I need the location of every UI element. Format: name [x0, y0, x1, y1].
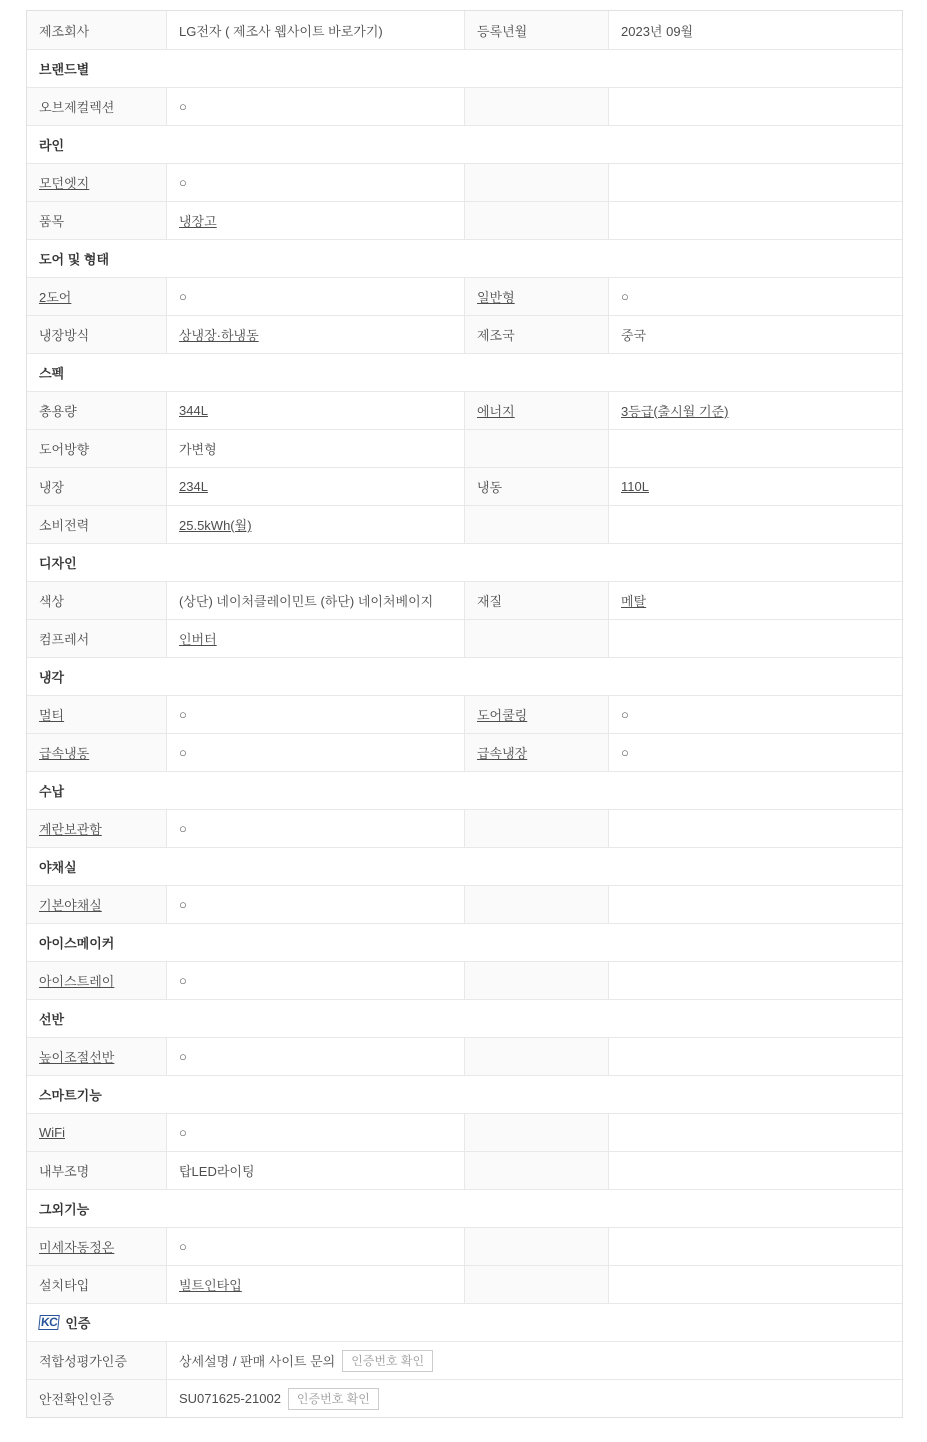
- spec-label: 총용량: [39, 401, 77, 420]
- table-row: 적합성평가인증상세설명 / 판매 사이트 문의인증번호 확인: [27, 1341, 902, 1379]
- spec-label: 컴프레서: [39, 629, 89, 648]
- spec-label-cell: 적합성평가인증: [27, 1342, 166, 1379]
- section-header-row: 라인: [27, 125, 902, 163]
- section-header-row: 그외기능: [27, 1189, 902, 1227]
- table-row: 도어방향가변형: [27, 429, 902, 467]
- table-row: 소비전력25.5kWh(월): [27, 505, 902, 543]
- empty-value-cell: [608, 202, 902, 239]
- spec-value: SU071625-21002: [179, 1391, 281, 1406]
- spec-value-cell: ○: [608, 696, 902, 733]
- empty-label-cell: [464, 1266, 608, 1303]
- spec-label: 도어방향: [39, 439, 89, 458]
- spec-label-link[interactable]: 에너지: [477, 401, 515, 420]
- table-row: WiFi○: [27, 1113, 902, 1151]
- spec-label-cell: 설치타입: [27, 1266, 166, 1303]
- spec-value-cell: 234L: [166, 468, 464, 505]
- empty-value-cell: [608, 962, 902, 999]
- empty-label-cell: [464, 886, 608, 923]
- spec-value-cell: 상냉장·하냉동: [166, 316, 464, 353]
- table-row: 멀티○도어쿨링○: [27, 695, 902, 733]
- section-title: 디자인: [39, 553, 77, 572]
- spec-value-cell: ○: [166, 88, 464, 125]
- empty-value-cell: [608, 1152, 902, 1189]
- empty-label-cell: [464, 430, 608, 467]
- spec-label: 오브제컬렉션: [39, 97, 114, 116]
- spec-label-link[interactable]: 계란보관함: [39, 819, 102, 838]
- spec-label-cell: 소비전력: [27, 506, 166, 543]
- spec-label-link[interactable]: 도어쿨링: [477, 705, 527, 724]
- check-circle: ○: [179, 1239, 187, 1254]
- spec-value-link[interactable]: 110L: [621, 479, 649, 494]
- spec-label-cell: 냉동: [464, 468, 608, 505]
- spec-value-link[interactable]: 메탈: [621, 591, 646, 610]
- check-circle: ○: [179, 175, 187, 190]
- empty-value-cell: [608, 1038, 902, 1075]
- spec-value-cell: 냉장고: [166, 202, 464, 239]
- table-row: 컴프레서인버터: [27, 619, 902, 657]
- section-title: 그외기능: [39, 1199, 89, 1218]
- cert-number-check-button[interactable]: 인증번호 확인: [342, 1350, 433, 1372]
- section-title: 브랜드별: [39, 59, 89, 78]
- spec-value-cell: (상단) 네이처클레이민트 (하단) 네이처베이지: [166, 582, 464, 619]
- spec-label: 내부조명: [39, 1161, 89, 1180]
- spec-label-cell: 품목: [27, 202, 166, 239]
- spec-label-cell: 도어방향: [27, 430, 166, 467]
- spec-value-cell: 25.5kWh(월): [166, 506, 464, 543]
- empty-label-cell: [464, 506, 608, 543]
- table-row: 냉장234L냉동110L: [27, 467, 902, 505]
- section-header-row: KC인증: [27, 1303, 902, 1341]
- table-row: 아이스트레이○: [27, 961, 902, 999]
- table-row: 모던엣지○: [27, 163, 902, 201]
- spec-value-link[interactable]: 25.5kWh(월): [179, 515, 252, 534]
- check-circle: ○: [179, 821, 187, 836]
- spec-label-cell: 재질: [464, 582, 608, 619]
- empty-label-cell: [464, 1114, 608, 1151]
- empty-value-cell: [608, 88, 902, 125]
- spec-label-link[interactable]: 급속냉동: [39, 743, 89, 762]
- spec-label-cell: 계란보관함: [27, 810, 166, 847]
- empty-value-cell: [608, 506, 902, 543]
- spec-label-link[interactable]: 멀티: [39, 705, 64, 724]
- spec-label-link[interactable]: 모던엣지: [39, 173, 89, 192]
- spec-label-cell: 오브제컬렉션: [27, 88, 166, 125]
- empty-label-cell: [464, 88, 608, 125]
- spec-label-link[interactable]: WiFi: [39, 1125, 65, 1140]
- spec-value-cell: SU071625-21002인증번호 확인: [166, 1380, 902, 1417]
- spec-label-cell: 도어쿨링: [464, 696, 608, 733]
- spec-value-cell: 가변형: [166, 430, 464, 467]
- empty-label-cell: [464, 1038, 608, 1075]
- spec-label-cell: 내부조명: [27, 1152, 166, 1189]
- spec-label-cell: 멀티: [27, 696, 166, 733]
- check-circle: ○: [621, 707, 629, 722]
- empty-label-cell: [464, 620, 608, 657]
- spec-value: 상세설명 / 판매 사이트 문의: [179, 1351, 335, 1370]
- table-row: 오브제컬렉션○: [27, 87, 902, 125]
- empty-label-cell: [464, 1228, 608, 1265]
- spec-label-cell: 일반형: [464, 278, 608, 315]
- spec-value: LG전자 ( 제조사 웹사이트 바로가기): [179, 21, 383, 40]
- section-header-row: 브랜드별: [27, 49, 902, 87]
- spec-label: 냉동: [477, 477, 502, 496]
- spec-label: 색상: [39, 591, 64, 610]
- spec-label-link[interactable]: 2도어: [39, 287, 71, 306]
- empty-value-cell: [608, 810, 902, 847]
- spec-label-cell: 높이조절선반: [27, 1038, 166, 1075]
- section-title: 인증: [65, 1313, 90, 1332]
- check-circle: ○: [179, 289, 187, 304]
- spec-label-cell: 제조국: [464, 316, 608, 353]
- empty-value-cell: [608, 886, 902, 923]
- empty-label-cell: [464, 202, 608, 239]
- section-header-row: 야채실: [27, 847, 902, 885]
- section-header-row: 스펙: [27, 353, 902, 391]
- section-header-row: 아이스메이커: [27, 923, 902, 961]
- spec-value-cell: ○: [166, 1228, 464, 1265]
- empty-value-cell: [608, 620, 902, 657]
- kc-mark-icon: KC: [38, 1315, 60, 1330]
- spec-value-link[interactable]: 344L: [179, 403, 208, 418]
- spec-label-cell: 색상: [27, 582, 166, 619]
- check-circle: ○: [621, 745, 629, 760]
- spec-label: 적합성평가인증: [39, 1351, 127, 1370]
- spec-label-link[interactable]: 급속냉장: [477, 743, 527, 762]
- spec-label-link[interactable]: 높이조절선반: [39, 1047, 114, 1066]
- spec-label-cell: 에너지: [464, 392, 608, 429]
- empty-value-cell: [608, 164, 902, 201]
- table-row: 제조회사LG전자 ( 제조사 웹사이트 바로가기)등록년월2023년 09월: [27, 11, 902, 49]
- check-circle: ○: [179, 99, 187, 114]
- spec-label: 품목: [39, 211, 64, 230]
- spec-label-cell: WiFi: [27, 1114, 166, 1151]
- spec-value-cell: ○: [166, 164, 464, 201]
- empty-value-cell: [608, 1114, 902, 1151]
- spec-label-cell: 컴프레서: [27, 620, 166, 657]
- spec-label-cell: 모던엣지: [27, 164, 166, 201]
- spec-value-cell: ○: [166, 810, 464, 847]
- empty-label-cell: [464, 164, 608, 201]
- spec-label-cell: 급속냉장: [464, 734, 608, 771]
- spec-label: 제조국: [477, 325, 515, 344]
- section-title: 도어 및 형태: [39, 249, 109, 268]
- product-spec-table: 제조회사LG전자 ( 제조사 웹사이트 바로가기)등록년월2023년 09월브랜…: [26, 10, 903, 1418]
- empty-value-cell: [608, 1228, 902, 1265]
- spec-label: 냉장: [39, 477, 64, 496]
- table-row: 내부조명탑LED라이팅: [27, 1151, 902, 1189]
- section-header-row: 스마트기능: [27, 1075, 902, 1113]
- spec-value: 2023년 09월: [621, 21, 693, 40]
- spec-value: 가변형: [179, 439, 217, 458]
- spec-value-cell: 빌트인타입: [166, 1266, 464, 1303]
- table-row: 높이조절선반○: [27, 1037, 902, 1075]
- spec-value-link[interactable]: 3등급(출시월 기준): [621, 401, 728, 420]
- table-row: 냉장방식상냉장·하냉동제조국중국: [27, 315, 902, 353]
- spec-value-cell: 110L: [608, 468, 902, 505]
- table-row: 계란보관함○: [27, 809, 902, 847]
- spec-label-cell: 2도어: [27, 278, 166, 315]
- spec-label-cell: 등록년월: [464, 11, 608, 49]
- spec-label: 제조회사: [39, 21, 89, 40]
- spec-value-cell: 인버터: [166, 620, 464, 657]
- empty-value-cell: [608, 430, 902, 467]
- section-title: 스마트기능: [39, 1085, 102, 1104]
- spec-value-cell: 3등급(출시월 기준): [608, 392, 902, 429]
- spec-value-cell: 중국: [608, 316, 902, 353]
- spec-label-cell: 아이스트레이: [27, 962, 166, 999]
- spec-value-cell: LG전자 ( 제조사 웹사이트 바로가기): [166, 11, 464, 49]
- spec-label: 설치타입: [39, 1275, 89, 1294]
- spec-label: 냉장방식: [39, 325, 89, 344]
- empty-label-cell: [464, 962, 608, 999]
- table-row: 미세자동정온○: [27, 1227, 902, 1265]
- spec-value-cell: ○: [166, 962, 464, 999]
- table-row: 기본야채실○: [27, 885, 902, 923]
- section-title: 수납: [39, 781, 64, 800]
- spec-label-cell: 급속냉동: [27, 734, 166, 771]
- spec-label-cell: 냉장: [27, 468, 166, 505]
- spec-label: 등록년월: [477, 21, 527, 40]
- section-header-row: 수납: [27, 771, 902, 809]
- spec-value-cell: 탑LED라이팅: [166, 1152, 464, 1189]
- spec-value-cell: ○: [166, 734, 464, 771]
- product-spec-panel: 제조회사LG전자 ( 제조사 웹사이트 바로가기)등록년월2023년 09월브랜…: [26, 10, 903, 1418]
- spec-value-cell: 상세설명 / 판매 사이트 문의인증번호 확인: [166, 1342, 902, 1379]
- spec-value-link[interactable]: 빌트인타입: [179, 1275, 242, 1294]
- table-row: 품목냉장고: [27, 201, 902, 239]
- section-header-row: 디자인: [27, 543, 902, 581]
- check-circle: ○: [179, 1049, 187, 1064]
- table-row: 설치타입빌트인타입: [27, 1265, 902, 1303]
- section-title: 선반: [39, 1009, 64, 1028]
- spec-value-link[interactable]: 234L: [179, 479, 208, 494]
- spec-value-link[interactable]: 상냉장·하냉동: [179, 325, 259, 344]
- spec-value-cell: ○: [166, 886, 464, 923]
- section-title: 야채실: [39, 857, 77, 876]
- spec-value-cell: ○: [166, 1038, 464, 1075]
- section-title: 라인: [39, 135, 64, 154]
- spec-value-link[interactable]: 냉장고: [179, 211, 217, 230]
- spec-value-link[interactable]: 인버터: [179, 629, 217, 648]
- spec-value-cell: 2023년 09월: [608, 11, 902, 49]
- empty-label-cell: [464, 1152, 608, 1189]
- section-title: 냉각: [39, 667, 64, 686]
- spec-value: (상단) 네이처클레이민트 (하단) 네이처베이지: [179, 591, 433, 610]
- spec-label: 소비전력: [39, 515, 89, 534]
- cert-number-check-button[interactable]: 인증번호 확인: [288, 1388, 379, 1410]
- spec-value-cell: ○: [608, 734, 902, 771]
- table-row: 총용량344L에너지3등급(출시월 기준): [27, 391, 902, 429]
- spec-value-cell: ○: [608, 278, 902, 315]
- spec-label-cell: 냉장방식: [27, 316, 166, 353]
- check-circle: ○: [621, 289, 629, 304]
- spec-label-link[interactable]: 일반형: [477, 287, 515, 306]
- check-circle: ○: [179, 745, 187, 760]
- spec-label-cell: 총용량: [27, 392, 166, 429]
- spec-label: 안전확인인증: [39, 1389, 114, 1408]
- section-header-row: 선반: [27, 999, 902, 1037]
- spec-value: 중국: [621, 325, 646, 344]
- check-circle: ○: [179, 1125, 187, 1140]
- spec-label-link[interactable]: 아이스트레이: [39, 971, 114, 990]
- section-title: 스펙: [39, 363, 64, 382]
- section-header-row: 냉각: [27, 657, 902, 695]
- spec-label-cell: 안전확인인증: [27, 1380, 166, 1417]
- table-row: 색상(상단) 네이처클레이민트 (하단) 네이처베이지재질메탈: [27, 581, 902, 619]
- check-circle: ○: [179, 973, 187, 988]
- spec-value: 탑LED라이팅: [179, 1161, 255, 1180]
- spec-value-cell: 344L: [166, 392, 464, 429]
- check-circle: ○: [179, 897, 187, 912]
- section-header-row: 도어 및 형태: [27, 239, 902, 277]
- spec-label-link[interactable]: 미세자동정온: [39, 1237, 114, 1256]
- table-row: 2도어○일반형○: [27, 277, 902, 315]
- spec-label: 재질: [477, 591, 502, 610]
- empty-label-cell: [464, 810, 608, 847]
- table-row: 급속냉동○급속냉장○: [27, 733, 902, 771]
- section-title: 아이스메이커: [39, 933, 114, 952]
- table-row: 안전확인인증SU071625-21002인증번호 확인: [27, 1379, 902, 1417]
- spec-label-link[interactable]: 기본야채실: [39, 895, 102, 914]
- spec-value-cell: ○: [166, 696, 464, 733]
- spec-label-cell: 제조회사: [27, 11, 166, 49]
- check-circle: ○: [179, 707, 187, 722]
- spec-value-cell: ○: [166, 278, 464, 315]
- spec-value-cell: 메탈: [608, 582, 902, 619]
- spec-label-cell: 기본야채실: [27, 886, 166, 923]
- spec-value-cell: ○: [166, 1114, 464, 1151]
- empty-value-cell: [608, 1266, 902, 1303]
- spec-label-cell: 미세자동정온: [27, 1228, 166, 1265]
